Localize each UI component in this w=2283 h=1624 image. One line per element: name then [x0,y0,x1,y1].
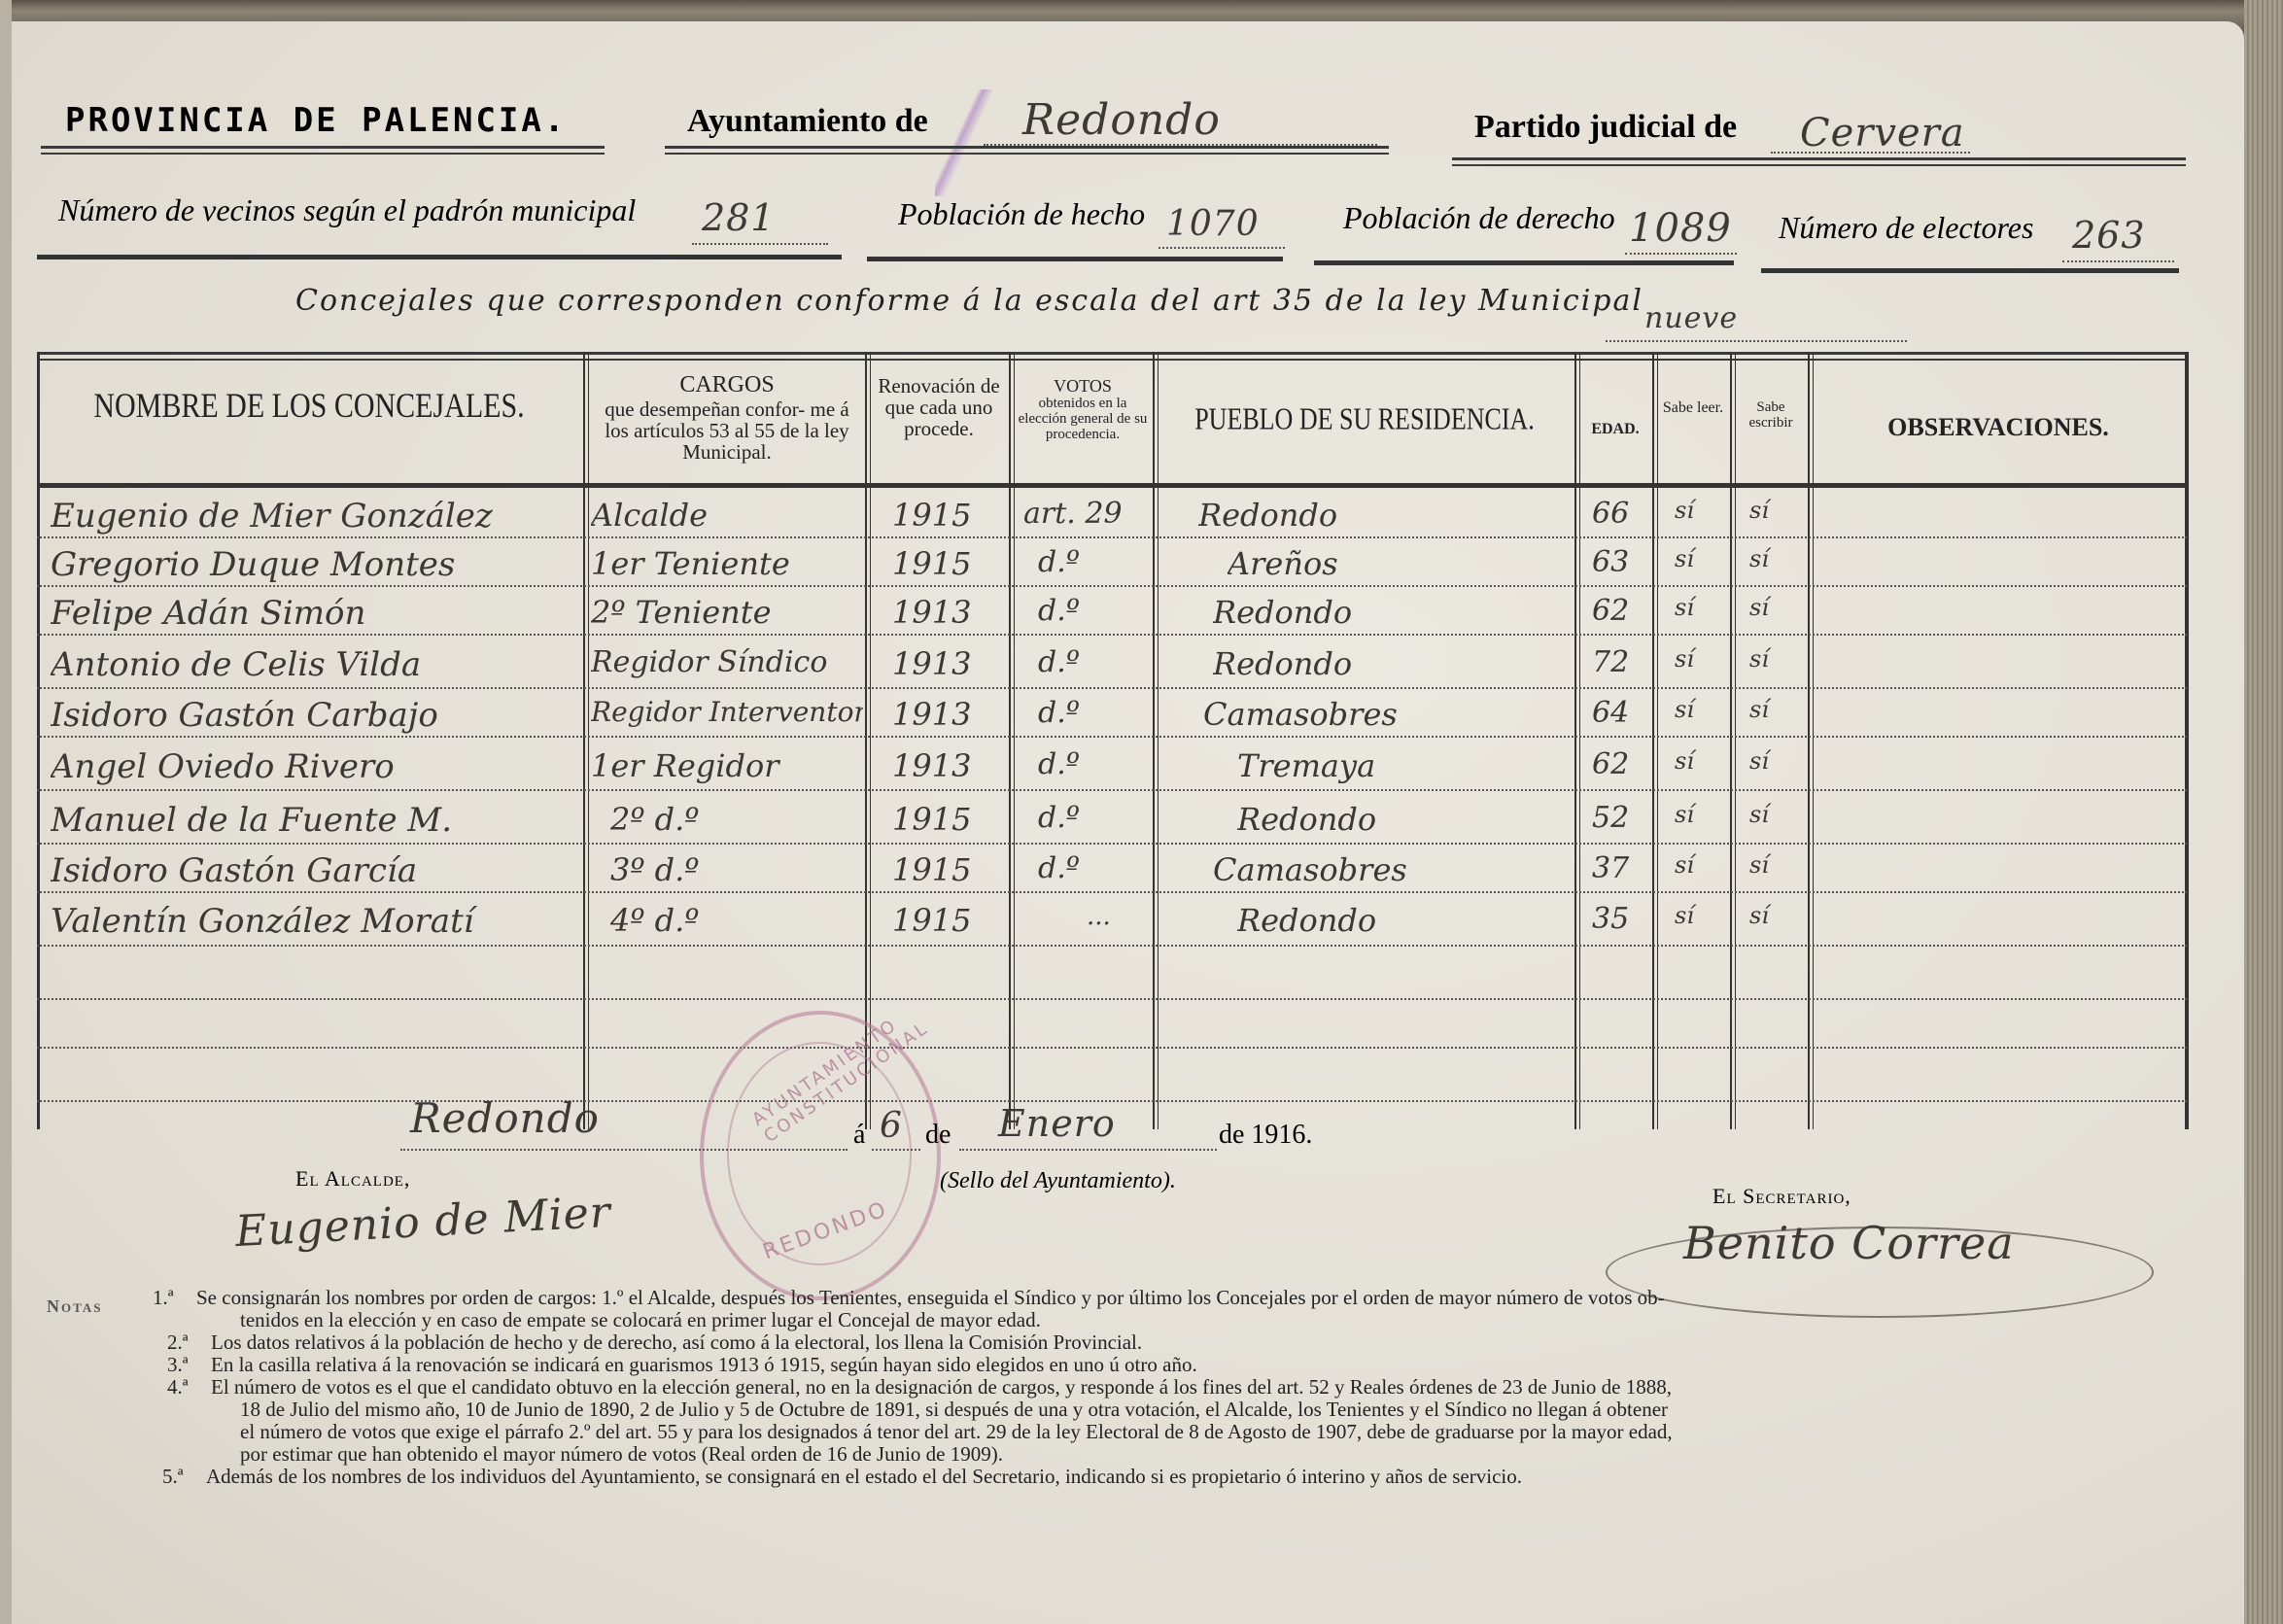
row-leer: sí [1675,645,1723,673]
col-divider-edad [1574,352,1576,1129]
row-edad: 35 [1592,902,1650,936]
note-item: 18 de Julio del mismo año, 10 de Junio d… [153,1399,2174,1421]
hecho-value: 1070 [1166,204,1260,244]
col-divider-cargos [583,352,585,1129]
row-pueblo: Tremaya [1237,747,1568,784]
row-pueblo: Camasobres [1203,696,1563,733]
row-cargo: 1er Regidor [591,747,863,784]
row-edad: 66 [1592,497,1650,531]
derecho-label: Población de derecho [1343,200,1615,236]
row-leer: sí [1675,801,1723,828]
row-renovacion: 1913 [892,594,999,631]
note-text: Se consignarán los nombres por orden de … [196,1287,1665,1309]
secretario-label: El Secretario, [1712,1184,1851,1209]
row-edad: 52 [1592,801,1650,835]
ayuntamiento-value: Redondo [1022,95,1221,145]
row-votos: d.º [1038,851,1145,885]
row-renovacion: 1915 [892,902,999,939]
row-nombre: Angel Oviedo Rivero [51,747,580,786]
concejales-value: nueve [1644,301,1738,335]
row-pueblo: Redondo [1237,902,1568,939]
alcalde-signature: Eugenio de Mier [234,1188,612,1257]
vecinos-rule [37,255,842,259]
electores-rule [1761,268,2179,273]
row-cargo: 2º Teniente [591,594,863,631]
row-votos: d.º [1038,747,1145,781]
note-item: 4.ªEl número de votos es el que el candi… [153,1376,2174,1399]
table-top-rule [37,352,2187,361]
row-escribir: sí [1749,851,1798,879]
row-nombre: Gregorio Duque Montes [51,545,580,584]
date-a: á [853,1120,865,1151]
header-leer: Sabe leer. [1656,400,1730,417]
book-left-edge [0,0,12,1624]
row-edad: 37 [1592,851,1650,885]
electores-field: 263 [2062,241,2174,262]
vecinos-label: Número de vecinos según el padrón munici… [58,192,636,228]
col-divider-votos [1009,352,1011,1129]
note-num [153,1309,240,1331]
note-text: Además de los nombres de los individuos … [206,1466,1522,1488]
header-renovacion: Renovación de que cada uno procede. [871,375,1007,439]
row-leer: sí [1675,851,1723,879]
table-row: Isidoro Gastón García 3º d.º 1915 d.º Ca… [37,847,2187,896]
row-nombre: Eugenio de Mier González [51,497,580,536]
book-right-edge [2244,0,2283,1624]
note-item: 5.ªAdemás de los nombres de los individu… [153,1466,2174,1488]
row-renovacion: 1913 [892,696,999,733]
partido-value: Cervera [1800,111,1965,155]
table-row: Valentín González Moratí 4º d.º 1915 ...… [37,898,2187,947]
row-nombre: Valentín González Moratí [51,902,580,941]
ayuntamiento-label: Ayuntamiento de [687,103,928,140]
row-cargo: Regidor Síndico [591,645,863,679]
row-pueblo: Redondo [1237,801,1568,838]
note-num [153,1421,240,1443]
header-observaciones: OBSERVACIONES. [1816,414,2181,440]
row-leer: sí [1675,545,1723,572]
row-line [37,1047,2187,1049]
row-votos: ... [1087,902,1145,931]
month-field: Enero [959,1141,1217,1151]
row-nombre: Isidoro Gastón Carbajo [51,696,580,735]
row-cargo: 3º d.º [610,851,863,888]
header-edad: EDAD. [1578,422,1652,438]
partido-field: Cervera [1771,124,1970,154]
note-num: 3.ª [153,1354,211,1376]
table-row: Isidoro Gastón Carbajo Regidor Intervent… [37,692,2187,741]
table-row: Manuel de la Fuente M. 2º d.º 1915 d.º R… [37,797,2187,846]
table-right-border [2185,352,2189,1129]
partido-label: Partido judicial de [1474,109,1737,146]
col-divider-renovacion [865,352,867,1129]
row-leer: sí [1675,902,1723,929]
row-leer: sí [1675,696,1723,723]
place-value: Redondo [410,1094,600,1142]
row-nombre: Antonio de Celis Vilda [51,645,580,684]
month-value: Enero [998,1102,1116,1145]
vecinos-field: 281 [692,224,828,245]
place-field: Redondo [400,1135,847,1151]
col-divider-observaciones [1808,352,1810,1129]
header-cargos-sub: que desempeñan confor- me á los artículo… [591,398,863,463]
row-votos: d.º [1038,696,1145,730]
table-row: Felipe Adán Simón 2º Teniente 1913 d.º R… [37,590,2187,639]
note-num: 2.ª [153,1331,211,1354]
row-escribir: sí [1749,545,1798,572]
col-divider-pueblo [1153,352,1155,1129]
province-rule [41,146,605,155]
row-votos: d.º [1038,594,1145,628]
row-leer: sí [1675,497,1723,524]
row-cargo: 4º d.º [610,902,863,939]
note-num: 4.ª [153,1376,211,1399]
ayuntamiento-field: Redondo [984,117,1377,146]
row-cargo: Alcalde [591,497,863,534]
note-num: 1.ª [153,1287,196,1309]
note-item: tenidos en la elección y en caso de empa… [153,1309,2174,1331]
table-row: Eugenio de Mier González Alcalde 1915 ar… [37,493,2187,541]
derecho-value: 1089 [1629,206,1732,251]
note-text: el número de votos que exige el párrafo … [240,1421,1673,1443]
header-nombre: NOMBRE DE LOS CONCEJALES. [47,388,571,425]
header-escribir: Sabe escribir [1734,400,1808,432]
col-divider-escribir [1730,352,1732,1129]
date-year: de 1916. [1219,1120,1312,1151]
document-page: PROVINCIA DE PALENCIA. Ayuntamiento de R… [12,21,2244,1624]
hecho-label: Población de hecho [898,196,1145,232]
header-votos-title: VOTOS [1015,377,1151,396]
row-edad: 62 [1592,594,1650,628]
row-leer: sí [1675,594,1723,621]
row-votos: d.º [1038,545,1145,579]
table-row: Angel Oviedo Rivero 1er Regidor 1913 d.º… [37,743,2187,792]
notes-list: 1.ªSe consignarán los nombres por orden … [153,1287,2174,1488]
alcalde-label: El Alcalde, [295,1166,410,1192]
hecho-field: 1070 [1159,227,1285,249]
row-pueblo: Areños [1228,545,1568,582]
table-row: Gregorio Duque Montes 1er Teniente 1915 … [37,541,2187,590]
vecinos-value: 281 [702,196,776,239]
row-edad: 72 [1592,645,1650,679]
row-votos: d.º [1038,801,1145,835]
row-cargo: 2º d.º [610,801,863,838]
row-escribir: sí [1749,645,1798,673]
ayuntamiento-stamp: AYUNTAMIENTO CONSTITUCIONAL REDONDO [700,1011,941,1300]
row-renovacion: 1915 [892,801,999,838]
note-item: 1.ªSe consignarán los nombres por orden … [153,1287,2174,1309]
row-cargo: Regidor Interventor [591,696,863,728]
hecho-rule [867,257,1283,261]
concejales-table: NOMBRE DE LOS CONCEJALES. CARGOS que des… [37,352,2187,1129]
row-renovacion: 1915 [892,497,999,534]
row-pueblo: Redondo [1213,594,1563,631]
note-text: Los datos relativos á la población de he… [211,1331,1142,1354]
note-text: por estimar que han obtenido el mayor nú… [240,1443,1003,1466]
ayuntamiento-rule [665,146,1389,155]
row-pueblo: Camasobres [1213,851,1563,888]
row-pueblo: Redondo [1213,645,1563,682]
electores-value: 263 [2072,214,2146,257]
row-escribir: sí [1749,594,1798,621]
sello-label: (Sello del Ayuntamiento). [940,1168,1176,1194]
row-escribir: sí [1749,747,1798,775]
concejales-label: Concejales que corresponden conforme á l… [295,284,1643,318]
col-divider-leer [1652,352,1654,1129]
row-edad: 62 [1592,747,1650,781]
row-escribir: sí [1749,801,1798,828]
row-escribir: sí [1749,497,1798,524]
partido-rule [1452,157,2186,166]
row-edad: 63 [1592,545,1650,579]
note-item: el número de votos que exige el párrafo … [153,1421,2174,1443]
row-line [37,998,2187,1000]
row-escribir: sí [1749,902,1798,929]
row-renovacion: 1913 [892,747,999,784]
row-nombre: Isidoro Gastón García [51,851,580,890]
header-cargos-title: CARGOS [591,373,863,397]
header-bottom-rule [37,483,2187,488]
electores-label: Número de electores [1779,210,2033,246]
header-votos-sub: obtenidos en la elección general de su p… [1015,397,1151,442]
province-title: PROVINCIA DE PALENCIA. [65,101,567,140]
row-votos: art. 29 [1023,497,1150,531]
notes-title: Notas [47,1296,102,1317]
row-renovacion: 1915 [892,851,999,888]
concejales-field: nueve [1606,330,1907,342]
note-item: 3.ªEn la casilla relativa á la renovació… [153,1354,2174,1376]
header-pueblo: PUEBLO DE SU RESIDENCIA. [1160,403,1569,435]
table-row: Antonio de Celis Vilda Regidor Síndico 1… [37,641,2187,690]
day-value: 6 [880,1106,903,1146]
note-item: 2.ªLos datos relativos á la población de… [153,1331,2174,1354]
note-text: En la casilla relativa á la renovación s… [211,1354,1197,1376]
note-text: tenidos en la elección y en caso de empa… [240,1309,1041,1331]
row-leer: sí [1675,747,1723,775]
note-item: por estimar que han obtenido el mayor nú… [153,1443,2174,1466]
row-votos: d.º [1038,645,1145,679]
row-escribir: sí [1749,696,1798,723]
note-num [153,1399,240,1421]
note-num: 5.ª [153,1466,206,1488]
derecho-field: 1089 [1625,233,1737,255]
row-renovacion: 1913 [892,645,999,682]
derecho-rule [1314,260,1734,265]
row-renovacion: 1915 [892,545,999,582]
row-nombre: Manuel de la Fuente M. [51,801,580,840]
note-text: 18 de Julio del mismo año, 10 de Junio d… [240,1399,1668,1421]
day-field: 6 [872,1141,920,1151]
row-edad: 64 [1592,696,1650,730]
row-nombre: Felipe Adán Simón [51,594,580,633]
note-num [153,1443,240,1466]
row-pueblo: Redondo [1198,497,1568,534]
row-cargo: 1er Teniente [591,545,863,582]
note-text: El número de votos es el que el candidat… [211,1376,1672,1399]
date-de: de [925,1120,951,1151]
table-left-border [37,352,40,1129]
